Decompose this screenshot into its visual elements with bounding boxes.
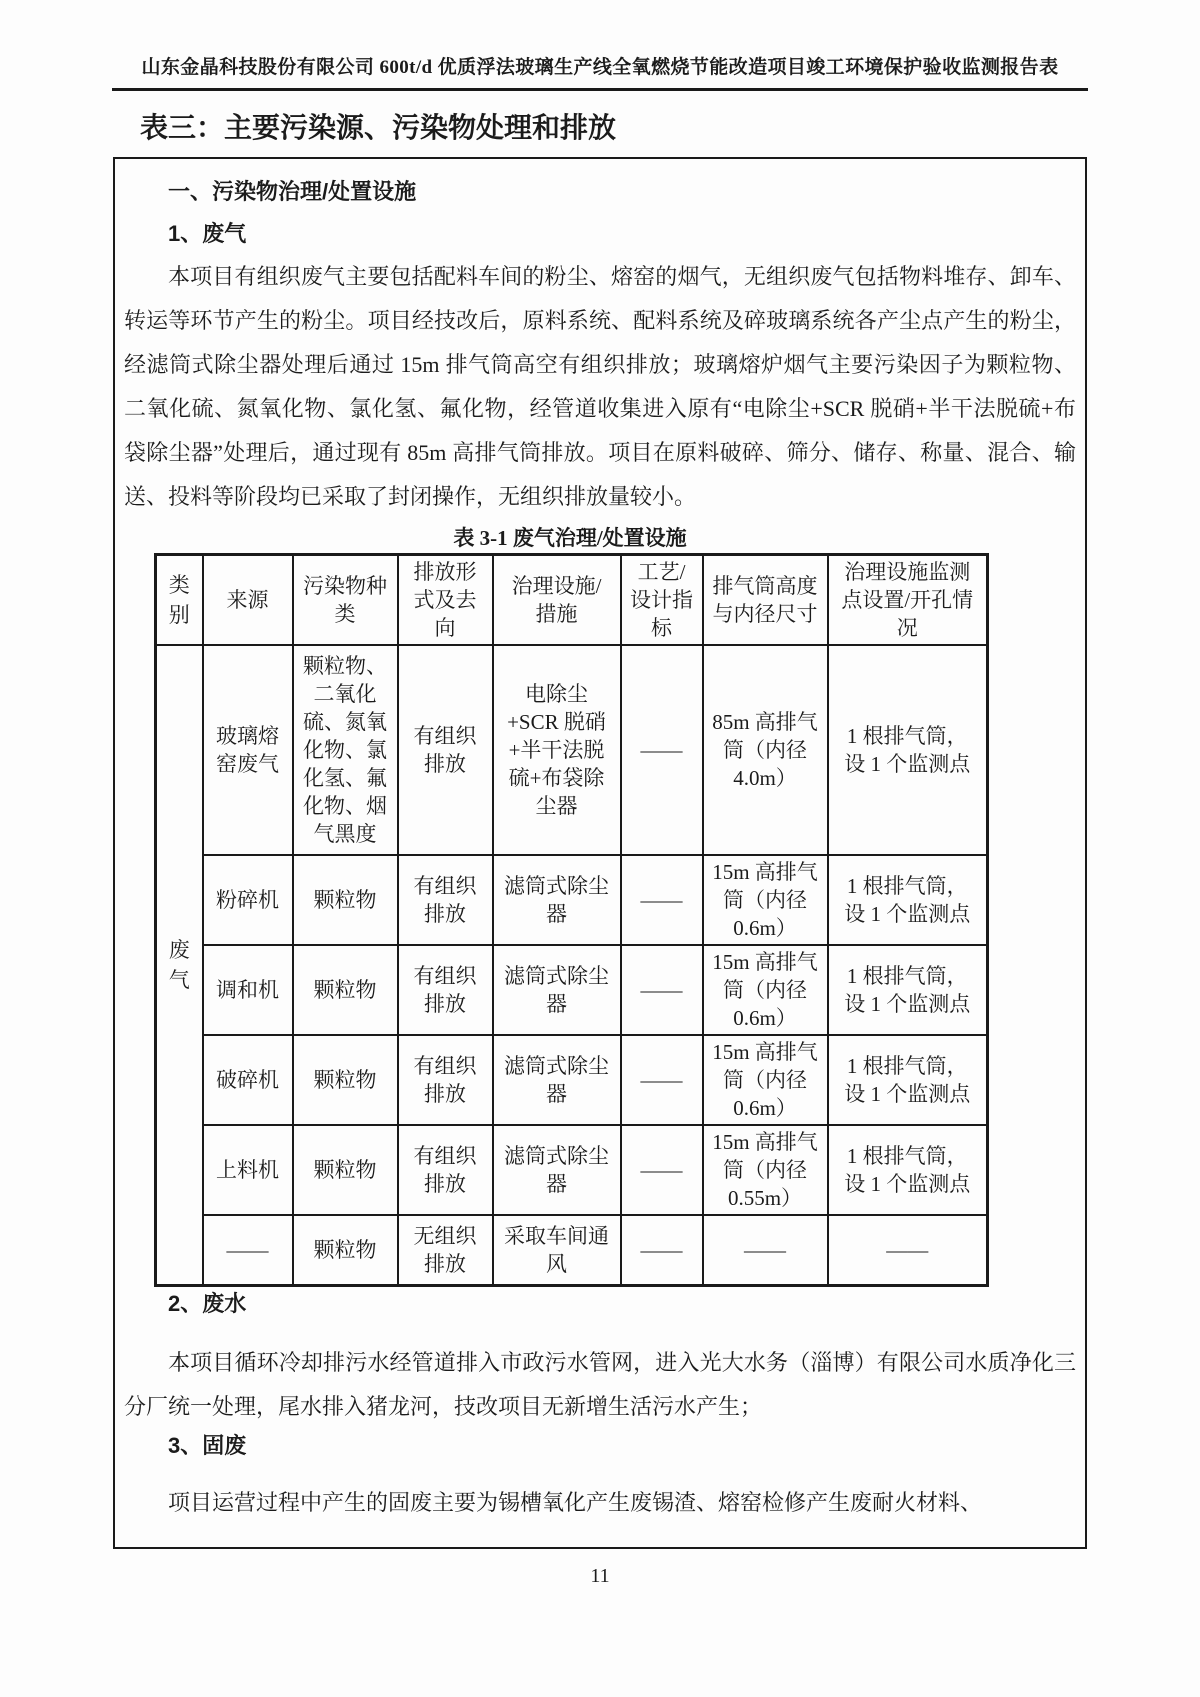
monitoring-cell: 1 根排气筒，设 1 个监测点: [828, 645, 988, 855]
source-cell: 粉碎机: [203, 855, 293, 945]
process-index-cell: ——: [621, 645, 703, 855]
col-header-category: 类别: [156, 555, 203, 646]
pollutants-cell: 颗粒物: [293, 855, 398, 945]
facility-cell: 滤筒式除尘器: [493, 1125, 621, 1215]
table-row: —— 颗粒物 无组织排放 采取车间通风 —— —— ——: [156, 1215, 988, 1285]
table-header-row: 类别 来源 污染物种类 排放形式及去向 治理设施/措施 工艺/设计指标 排气筒高…: [156, 555, 988, 646]
source-cell: 玻璃熔窑废气: [203, 645, 293, 855]
facility-cell: 滤筒式除尘器: [493, 1035, 621, 1125]
stack-size-cell: 85m 高排气筒（内径 4.0m）: [703, 645, 828, 855]
subsection-heading-solid-waste: 3、固废: [124, 1431, 1076, 1461]
pollutants-cell: 颗粒物: [293, 1035, 398, 1125]
waste-gas-table: 类别 来源 污染物种类 排放形式及去向 治理设施/措施 工艺/设计指标 排气筒高…: [154, 553, 989, 1287]
facility-cell: 电除尘+SCR 脱硝+半干法脱硫+布袋除尘器: [493, 645, 621, 855]
stack-size-cell: ——: [703, 1215, 828, 1285]
discharge-form-cell: 有组织排放: [398, 945, 493, 1035]
category-cell: 废气: [156, 645, 203, 1285]
facility-cell: 滤筒式除尘器: [493, 945, 621, 1035]
col-header-pollutant-type: 污染物种类: [293, 555, 398, 646]
waste-water-paragraph: 本项目循环冷却排污水经管道排入市政污水管网，进入光大水务（淄博）有限公司水质净化…: [124, 1341, 1076, 1429]
monitoring-cell: 1 根排气筒，设 1 个监测点: [828, 1125, 988, 1215]
col-header-stack-size: 排气筒高度与内径尺寸: [703, 555, 828, 646]
stack-size-cell: 15m 高排气筒（内径 0.6m）: [703, 855, 828, 945]
col-header-monitoring-points: 治理设施监测点设置/开孔情况: [828, 555, 988, 646]
source-cell: 破碎机: [203, 1035, 293, 1125]
table-row: 粉碎机 颗粒物 有组织排放 滤筒式除尘器 —— 15m 高排气筒（内径 0.6m…: [156, 855, 988, 945]
page-title: 表三：主要污染源、污染物处理和排放: [140, 111, 1200, 145]
table-row: 破碎机 颗粒物 有组织排放 滤筒式除尘器 —— 15m 高排气筒（内径 0.6m…: [156, 1035, 988, 1125]
process-index-cell: ——: [621, 855, 703, 945]
discharge-form-cell: 有组织排放: [398, 1125, 493, 1215]
col-header-discharge-form: 排放形式及去向: [398, 555, 493, 646]
table-row: 废气 玻璃熔窑废气 颗粒物、二氧化硫、氮氧化物、氯化氢、氟化物、烟气黑度 有组织…: [156, 645, 988, 855]
process-index-cell: ——: [621, 1125, 703, 1215]
pollutants-cell: 颗粒物: [293, 1215, 398, 1285]
solid-waste-paragraph: 项目运营过程中产生的固废主要为锡槽氧化产生废锡渣、熔窑检修产生废耐火材料、: [124, 1481, 1076, 1525]
facility-cell: 采取车间通风: [493, 1215, 621, 1285]
discharge-form-cell: 有组织排放: [398, 645, 493, 855]
source-cell: 调和机: [203, 945, 293, 1035]
source-cell: ——: [203, 1215, 293, 1285]
discharge-form-cell: 无组织排放: [398, 1215, 493, 1285]
document-header-title: 山东金晶科技股份有限公司 600t/d 优质浮法玻璃生产线全氧燃烧节能改造项目竣…: [142, 57, 1059, 78]
page-number: 11: [0, 1565, 1200, 1588]
col-header-source: 来源: [203, 555, 293, 646]
monitoring-cell: 1 根排气筒，设 1 个监测点: [828, 945, 988, 1035]
process-index-cell: ——: [621, 1215, 703, 1285]
stack-size-cell: 15m 高排气筒（内径 0.55m）: [703, 1125, 828, 1215]
process-index-cell: ——: [621, 1035, 703, 1125]
subsection-heading-waste-water: 2、废水: [124, 1289, 1076, 1319]
table-caption: 表 3-1 废气治理/处置设施: [154, 523, 986, 553]
table-row: 调和机 颗粒物 有组织排放 滤筒式除尘器 —— 15m 高排气筒（内径 0.6m…: [156, 945, 988, 1035]
monitoring-cell: 1 根排气筒，设 1 个监测点: [828, 1035, 988, 1125]
facility-cell: 滤筒式除尘器: [493, 855, 621, 945]
section-heading-pollution-treatment: 一、污染物治理/处置设施: [124, 177, 1076, 207]
col-header-process-index: 工艺/设计指标: [621, 555, 703, 646]
waste-gas-paragraph: 本项目有组织废气主要包括配料车间的粉尘、熔窑的烟气，无组织废气包括物料堆存、卸车…: [124, 255, 1076, 519]
source-cell: 上料机: [203, 1125, 293, 1215]
subsection-heading-waste-gas: 1、废气: [124, 219, 1076, 249]
discharge-form-cell: 有组织排放: [398, 1035, 493, 1125]
discharge-form-cell: 有组织排放: [398, 855, 493, 945]
pollutants-cell: 颗粒物: [293, 1125, 398, 1215]
document-header: 山东金晶科技股份有限公司 600t/d 优质浮法玻璃生产线全氧燃烧节能改造项目竣…: [112, 0, 1088, 91]
document-page: 山东金晶科技股份有限公司 600t/d 优质浮法玻璃生产线全氧燃烧节能改造项目竣…: [0, 0, 1200, 1588]
pollutants-cell: 颗粒物: [293, 945, 398, 1035]
process-index-cell: ——: [621, 945, 703, 1035]
stack-size-cell: 15m 高排气筒（内径 0.6m）: [703, 1035, 828, 1125]
pollutants-cell: 颗粒物、二氧化硫、氮氧化物、氯化氢、氟化物、烟气黑度: [293, 645, 398, 855]
monitoring-cell: 1 根排气筒，设 1 个监测点: [828, 855, 988, 945]
category-label: 废气: [167, 935, 191, 995]
col-header-treatment-facility: 治理设施/措施: [493, 555, 621, 646]
col-header-category-label: 类别: [167, 570, 191, 630]
monitoring-cell: ——: [828, 1215, 988, 1285]
table-row: 上料机 颗粒物 有组织排放 滤筒式除尘器 —— 15m 高排气筒（内径 0.55…: [156, 1125, 988, 1215]
stack-size-cell: 15m 高排气筒（内径 0.6m）: [703, 945, 828, 1035]
content-box: 一、污染物治理/处置设施 1、废气 本项目有组织废气主要包括配料车间的粉尘、熔窑…: [113, 157, 1087, 1549]
